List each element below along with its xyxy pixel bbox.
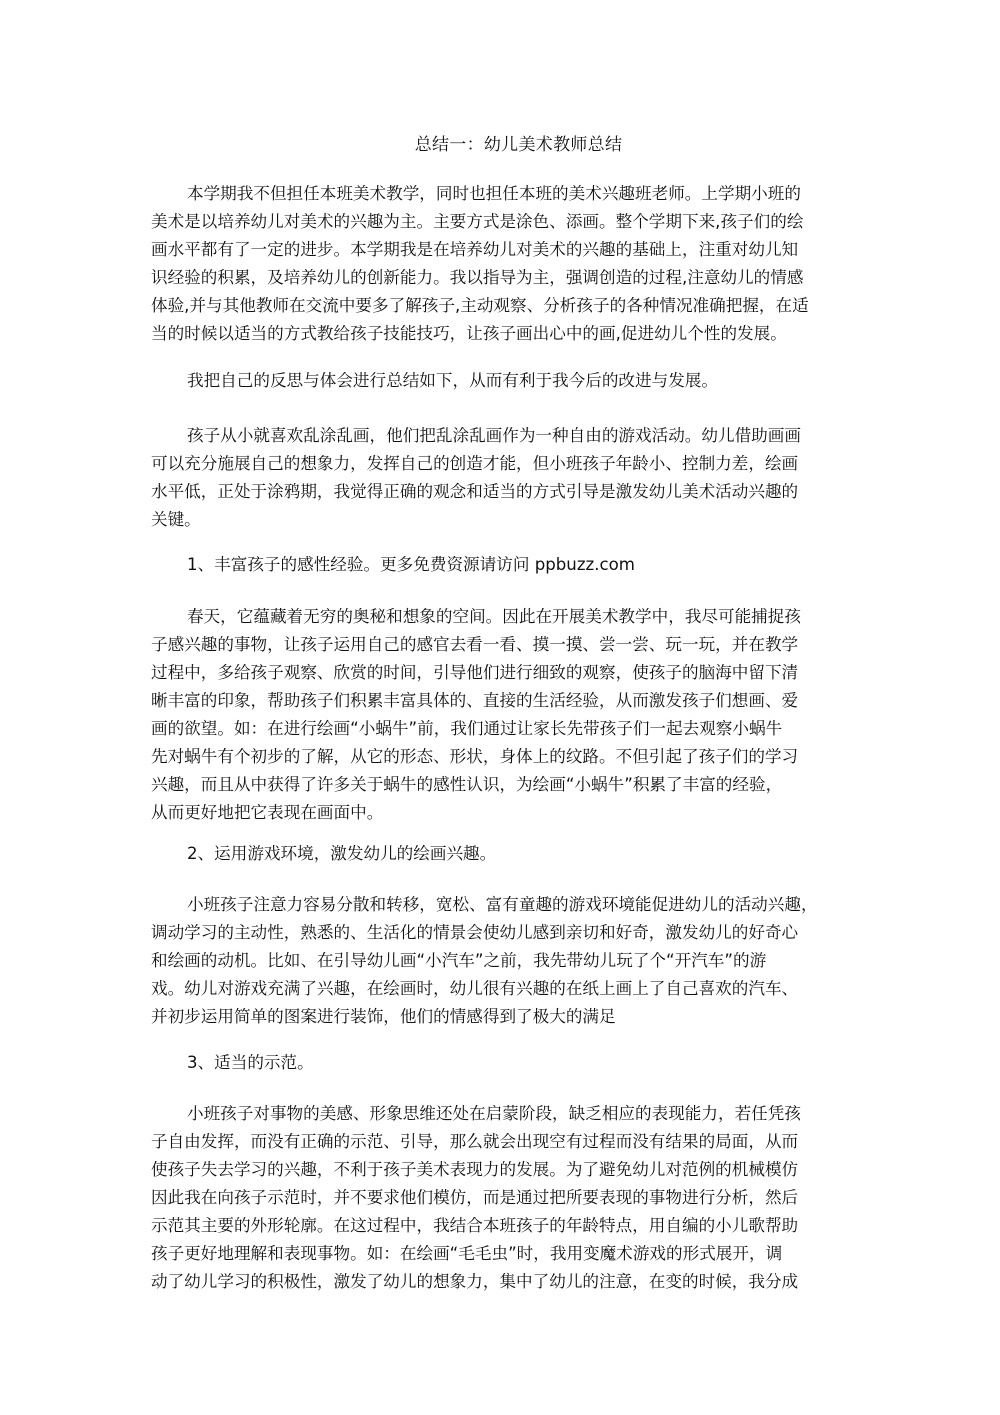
text-line: 体验,并与其他教师在交流中要多了解孩子,主动观察、分析孩子的各种情况准确把握，在… [151, 292, 851, 320]
paragraph-intro: 本学期我不但担任本班美术教学，同时也担任本班的美术兴趣班老师。上学期小班的 美术… [151, 180, 851, 348]
document-page: 总结一：幼儿美术教师总结 本学期我不但担任本班美术教学，同时也担任本班的美术兴趣… [0, 0, 1000, 1415]
text-line: 小班孩子注意力容易分散和转移，宽松、富有童趣的游戏环境能促进幼儿的活动兴趣， [151, 891, 851, 919]
section-heading-3: 3、适当的示范。 [151, 1049, 851, 1077]
paragraph-game: 小班孩子注意力容易分散和转移，宽松、富有童趣的游戏环境能促进幼儿的活动兴趣， 调… [151, 891, 851, 1031]
text-line: 关键。 [151, 506, 851, 534]
text-line: 兴趣，而且从中获得了许多关于蜗牛的感性认识，为绘画“小蜗牛”积累了丰富的经验， [151, 771, 851, 799]
text-line: 子自由发挥，而没有正确的示范、引导，那么就会出现空有过程而没有结果的局面，从而 [151, 1128, 851, 1156]
text-line: 我把自己的反思与体会进行总结如下，从而有利于我今后的改进与发展。 [151, 367, 851, 395]
text-line: 和绘画的动机。比如、在引导幼儿画“小汽车”之前，我先带幼儿玩了个“开汽车”的游 [151, 947, 851, 975]
text-line: 孩子更好地理解和表现事物。如：在绘画“毛毛虫”时，我用变魔术游戏的形式展开，调 [151, 1240, 851, 1268]
text-line: 本学期我不但担任本班美术教学，同时也担任本班的美术兴趣班老师。上学期小班的 [151, 180, 851, 208]
paragraph-reflection: 我把自己的反思与体会进行总结如下，从而有利于我今后的改进与发展。 [151, 367, 851, 395]
text-line: 使孩子失去学习的兴趣，不利于孩子美术表现力的发展。为了避免幼儿对范例的机械模仿 [151, 1156, 851, 1184]
text-line: 小班孩子对事物的美感、形象思维还处在启蒙阶段，缺乏相应的表现能力，若任凭孩 [151, 1100, 851, 1128]
text-line: 示范其主要的外形轮廓。在这过程中，我结合本班孩子的年龄特点，用自编的小儿歌帮助 [151, 1212, 851, 1240]
text-line: 识经验的积累，及培养幼儿的创新能力。我以指导为主，强调创造的过程,注意幼儿的情感 [151, 264, 851, 292]
text-line: 可以充分施展自己的想象力，发挥自己的创造才能，但小班孩子年龄小、控制力差，绘画 [151, 450, 851, 478]
section-heading-text: 1、丰富孩子的感性经验。更多免费资源请访问 ppbuzz.com [151, 551, 851, 579]
text-line: 调动学习的主动性，熟悉的、生活化的情景会使幼儿感到亲切和好奇，激发幼儿的好奇心 [151, 919, 851, 947]
text-line: 画的欲望。如：在进行绘画“小蜗牛”前，我们通过让家长先带孩子们一起去观察小蜗牛 [151, 715, 851, 743]
text-line: 戏。幼儿对游戏充满了兴趣，在绘画时，幼儿很有兴趣的在纸上画上了自己喜欢的汽车、 [151, 975, 851, 1003]
section-heading-text: 3、适当的示范。 [151, 1049, 851, 1077]
section-heading-text: 2、运用游戏环境，激发幼儿的绘画兴趣。 [151, 840, 851, 868]
text-line: 动了幼儿学习的积极性，激发了幼儿的想象力，集中了幼儿的注意，在变的时候，我分成 [151, 1268, 851, 1296]
text-line: 子感兴趣的事物，让孩子运用自己的感官去看一看、摸一摸、尝一尝、玩一玩，并在教学 [151, 631, 851, 659]
paragraph-demo: 小班孩子对事物的美感、形象思维还处在启蒙阶段，缺乏相应的表现能力，若任凭孩 子自… [151, 1100, 851, 1296]
text-line: 孩子从小就喜欢乱涂乱画，他们把乱涂乱画作为一种自由的游戏活动。幼儿借助画画 [151, 422, 851, 450]
text-line: 水平低，正处于涂鸦期，我觉得正确的观念和适当的方式引导是激发幼儿美术活动兴趣的 [151, 478, 851, 506]
text-line: 画水平都有了一定的进步。本学期我是在培养幼儿对美术的兴趣的基础上，注重对幼儿知 [151, 236, 851, 264]
text-line: 美术是以培养幼儿对美术的兴趣为主。主要方式是涂色、添画。整个学期下来,孩子们的绘 [151, 208, 851, 236]
text-line: 因此我在向孩子示范时，并不要求他们模仿，而是通过把所要表现的事物进行分析，然后 [151, 1184, 851, 1212]
text-line: 春天，它蕴藏着无穷的奥秘和想象的空间。因此在开展美术教学中，我尽可能捕捉孩 [151, 603, 851, 631]
text-line: 并初步运用简单的图案进行装饰，他们的情感得到了极大的满足 [151, 1003, 851, 1031]
text-line: 先对蜗牛有个初步的了解，从它的形态、形状，身体上的纹路。不但引起了孩子们的学习 [151, 743, 851, 771]
section-heading-1: 1、丰富孩子的感性经验。更多免费资源请访问 ppbuzz.com [151, 551, 851, 579]
document-title: 总结一：幼儿美术教师总结 [0, 133, 1000, 157]
text-line: 从而更好地把它表现在画面中。 [151, 799, 851, 827]
text-line: 当的时候以适当的方式教给孩子技能技巧，让孩子画出心中的画,促进幼儿个性的发展。 [151, 320, 851, 348]
paragraph-scribble: 孩子从小就喜欢乱涂乱画，他们把乱涂乱画作为一种自由的游戏活动。幼儿借助画画 可以… [151, 422, 851, 534]
text-line: 晰丰富的印象，帮助孩子们积累丰富具体的、直接的生活经验，从而激发孩子们想画、爱 [151, 687, 851, 715]
text-line: 过程中，多给孩子观察、欣赏的时间，引导他们进行细致的观察，使孩子的脑海中留下清 [151, 659, 851, 687]
paragraph-spring: 春天，它蕴藏着无穷的奥秘和想象的空间。因此在开展美术教学中，我尽可能捕捉孩 子感… [151, 603, 851, 827]
section-heading-2: 2、运用游戏环境，激发幼儿的绘画兴趣。 [151, 840, 851, 868]
